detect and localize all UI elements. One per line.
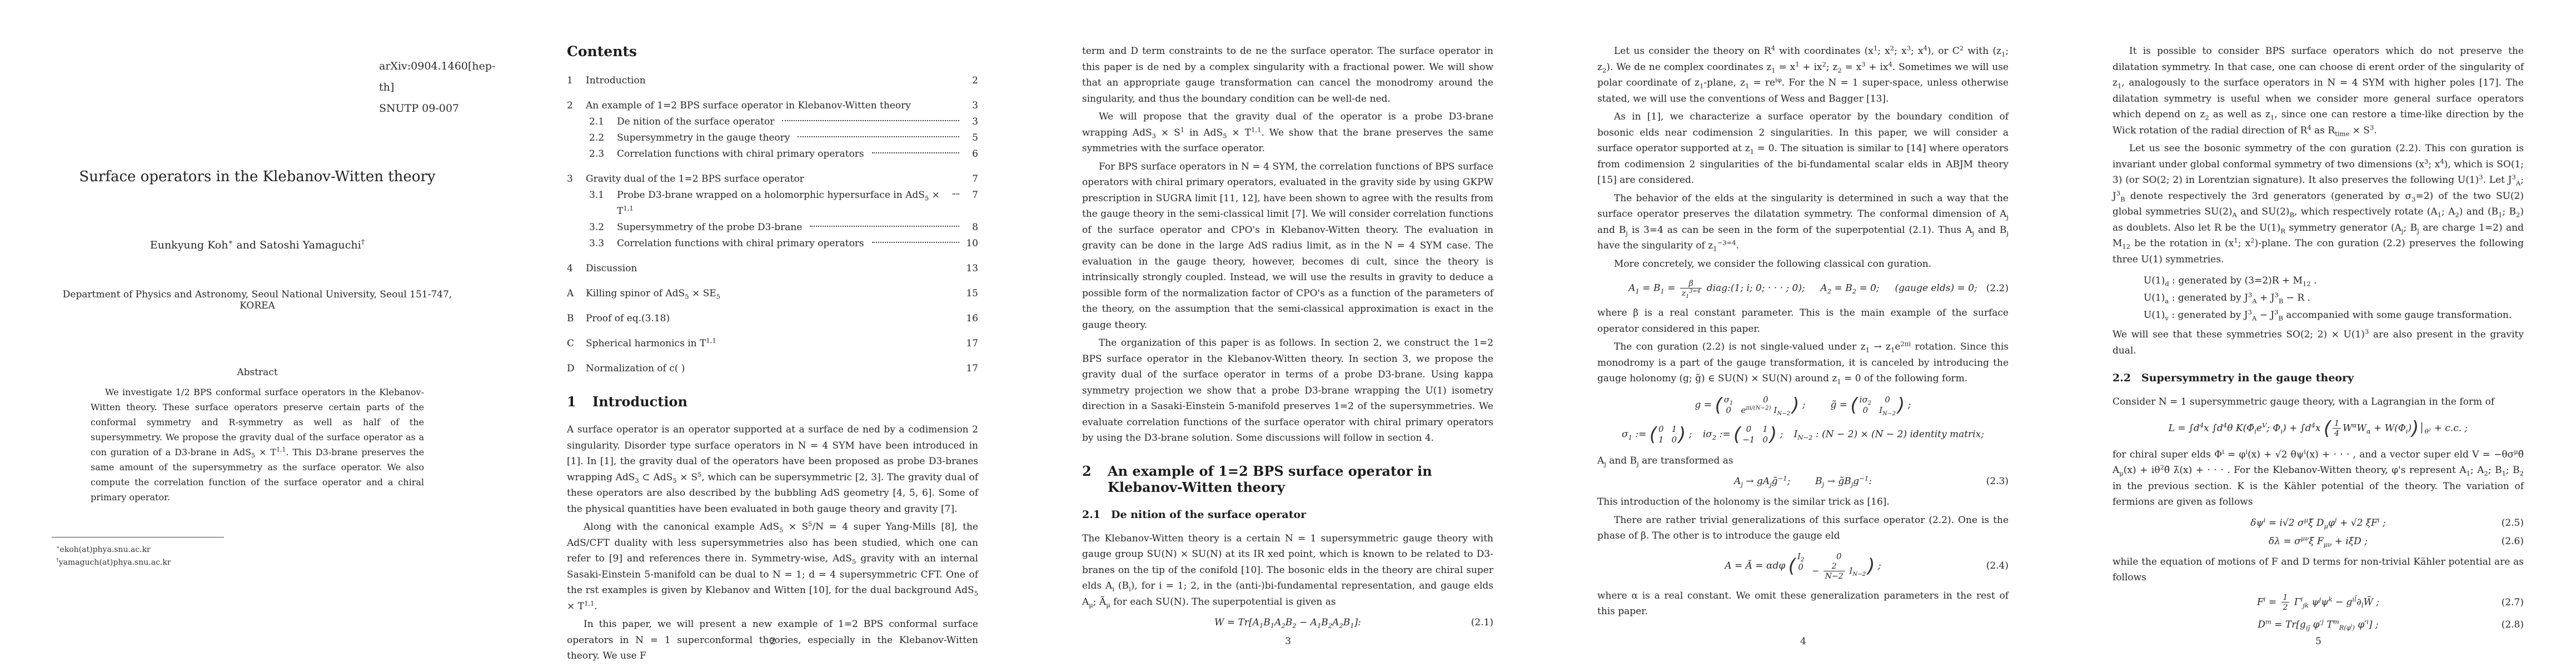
page-1-column: arXiv:0904.1460[hep-th] SNUTP 09-007 Sur… [52, 0, 463, 667]
paragraph: where α is a real constant. We omit thes… [1597, 588, 2009, 620]
paragraph: There are rather trivial generalizations… [1597, 512, 2009, 544]
u1-symmetry-list: U(1)d : generated by (3=2)R + M12 . U(1)… [2144, 275, 2524, 321]
equation-label: (2.4) [1979, 560, 2009, 571]
toc-entry: AKilling spinor of AdS5 × SE515 [567, 286, 978, 302]
paragraph: for chiral super elds Φi = φi(x) + √2 θψ… [2112, 447, 2524, 510]
page-3: term and D term constraints to de ne the… [1030, 0, 1546, 667]
equation-2-7: Fi = 12 Γijk ψjψk − gil̄∂lW̄ ;(2.7) [2112, 593, 2524, 612]
intro-paragraph-1: A surface operator is an operator suppor… [567, 422, 978, 517]
equation-2-2: A1 = B1 = βz13=4 diag:(1; i; 0; · · · ; … [1597, 279, 2009, 298]
toc-dot-leader [810, 226, 959, 227]
section-2-heading: 2An example of 1=2 BPS surface operator … [1082, 463, 1493, 495]
footnote-1: ∗ekoh(at)phya.snu.ac.kr [56, 544, 390, 556]
equation-2-6: δλ = σμνξ Fμν + iξD ;(2.6) [2112, 536, 2524, 547]
page-2-column: Contents 1Introduction2 2An example of 1… [567, 43, 978, 664]
footnote-2: †yamaguch(at)phya.snu.ac.kr [56, 556, 390, 569]
abstract-text: We investigate 1/2 BPS conformal surface… [91, 385, 424, 505]
paper-five-page-view: arXiv:0904.1460v3 [hep-th] 9 Jun 2009 ar… [0, 0, 2576, 667]
toc-dot-leader [798, 136, 959, 137]
authors-line: Eunkyung Koh∗ and Satoshi Yamaguchi† [52, 239, 463, 251]
paragraph: The behavior of the elds at the singular… [1597, 191, 2009, 254]
equation-label: (2.2) [1979, 283, 2009, 294]
equation-label: (2.7) [2494, 597, 2524, 608]
equation-lagrangian: L = ∫d4x ∫d4θ K(Φ̄ieV; Φi) + ∫d4x (14WαW… [2112, 417, 2524, 440]
equation-label: (2.1) [1463, 617, 1493, 628]
table-of-contents: 1Introduction2 2An example of 1=2 BPS su… [567, 73, 978, 377]
section-1-heading: 1Introduction [567, 394, 978, 410]
equation-label: (2.3) [1979, 476, 2009, 487]
equation-2-5: δψi = i√2 σμξ̄ Dμφi + √2 ξFi ;(2.5) [2112, 517, 2524, 529]
page-5-number: 5 [2061, 636, 2576, 647]
toc-entry: 3.2Supersymmetry of the probe D3-brane8 [567, 220, 978, 236]
report-number: SNUTP 09-007 [379, 98, 495, 119]
paragraph: Let us see the bosonic symmetry of the c… [2112, 141, 2524, 267]
paragraph: term and D term constraints to de ne the… [1082, 43, 1493, 107]
page-3-number: 3 [1030, 636, 1546, 647]
toc-entry: 3.3Correlation functions with chiral pri… [567, 236, 978, 252]
paragraph: The organization of this paper is as fol… [1082, 335, 1493, 446]
paragraph: We will see that these symmetries SO(2; … [2112, 327, 2524, 359]
equation-label: (2.5) [2494, 517, 2524, 529]
toc-dot-leader [872, 242, 959, 243]
paragraph: As in [1], we characterize a surface ope… [1597, 109, 2009, 188]
paragraph: It is possible to consider BPS surface o… [2112, 43, 2524, 138]
paragraph: Let us consider the theory on R4 with co… [1597, 43, 2009, 107]
list-item: U(1)d : generated by (3=2)R + M12 . [2144, 275, 2524, 286]
toc-dot-leader [872, 152, 959, 153]
equation-2-4: A = Ã = αdφ (I200− 2N−2 IN−2) ;(2.4) [1597, 551, 2009, 581]
list-item: U(1)a : generated by J3A + J3B − R . [2144, 292, 2524, 303]
equation-holonomy: g = (σ100eπi/(N−2) IN−2) ; g̃ = (iσ200IN… [1597, 394, 2009, 416]
footnote-rule [52, 537, 224, 537]
equation-sigma-defs: σ1 := (0110) ; iσ2 := (01−10) ; IN−2 : (… [1597, 424, 2009, 446]
paragraph: The Klebanov-Witten theory is a certain … [1082, 531, 1493, 610]
paragraph: More concretely, we consider the followi… [1597, 256, 2009, 272]
paragraph: while the equation of motions of F and D… [2112, 554, 2524, 586]
toc-entry: 2.3Correlation functions with chiral pri… [567, 146, 978, 162]
toc-dot-leader [782, 120, 959, 121]
subsection-2-2-heading: 2.2Supersymmetry in the gauge theory [2112, 372, 2524, 384]
intro-paragraph-2: Along with the canonical example AdS5 × … [567, 519, 978, 614]
page-4-number: 4 [1546, 636, 2061, 647]
contents-heading: Contents [567, 43, 978, 59]
toc-entry: 2.1De nition of the surface operator3 [567, 114, 978, 130]
equation-label: (2.6) [2494, 536, 2524, 547]
toc-entry: 2An example of 1=2 BPS surface operator … [567, 98, 978, 114]
paragraph: Consider N = 1 supersymmetric gauge theo… [2112, 394, 2524, 410]
toc-entry: CSpherical harmonics in T1,117 [567, 336, 978, 352]
affiliation: Department of Physics and Astronomy, Seo… [52, 289, 463, 311]
preprint-id: arXiv:0904.1460[hep-th] [379, 56, 495, 98]
equation-2-8: Dm = Tr[gij̄ φ′j TmR(φi) φ′i] ;(2.8) [2112, 619, 2524, 630]
page-2: Contents 1Introduction2 2An example of 1… [515, 0, 1030, 667]
paragraph: This introduction of the holonomy is the… [1597, 494, 2009, 510]
toc-entry: 1Introduction2 [567, 73, 978, 89]
toc-entry: 3.1Probe D3-brane wrapped on a holomorph… [567, 187, 978, 220]
toc-dot-leader [953, 193, 959, 195]
paragraph: For BPS surface operators in N = 4 SYM, … [1082, 159, 1493, 333]
paragraph: where β is a real constant parameter. Th… [1597, 305, 2009, 337]
page-4: Let us consider the theory on R4 with co… [1546, 0, 2061, 667]
toc-entry: BProof of eq.(3.18)16 [567, 311, 978, 327]
paragraph: Aj and Bj are transformed as [1597, 453, 2009, 469]
page-4-column: Let us consider the theory on R4 with co… [1597, 43, 2009, 620]
toc-entry: 3Gravity dual of the 1=2 BPS surface ope… [567, 171, 978, 187]
page-5-column: It is possible to consider BPS surface o… [2112, 43, 2524, 638]
equation-2-1: W = Tr[A1B1A2B2 − A1B2A2B1]:(2.1) [1082, 617, 1493, 628]
toc-entry: 4Discussion13 [567, 261, 978, 277]
abstract-heading: Abstract [52, 367, 463, 378]
page-2-number: 2 [515, 636, 1030, 647]
equation-2-3: Aj → gAjg̃−1; Bj → g̃Bjg−1:(2.3) [1597, 476, 2009, 487]
page-1: arXiv:0904.1460[hep-th] SNUTP 09-007 Sur… [0, 0, 515, 667]
paragraph: We will propose that the gravity dual of… [1082, 109, 1493, 157]
paragraph: The con guration (2.2) is not single-val… [1597, 339, 2009, 387]
equation-label: (2.8) [2494, 619, 2524, 630]
subsection-2-1-heading: 2.1De nition of the surface operator [1082, 509, 1493, 521]
paper-title: Surface operators in the Klebanov-Witten… [52, 168, 463, 185]
toc-entry: DNormalization of c( )17 [567, 361, 978, 377]
preprint-header: arXiv:0904.1460[hep-th] SNUTP 09-007 [379, 56, 495, 119]
page-3-column: term and D term constraints to de ne the… [1082, 43, 1493, 635]
list-item: U(1)v : generated by J3A − J3B accompani… [2144, 310, 2524, 321]
page-5: It is possible to consider BPS surface o… [2061, 0, 2576, 667]
toc-entry: 2.2Supersymmetry in the gauge theory5 [567, 130, 978, 146]
